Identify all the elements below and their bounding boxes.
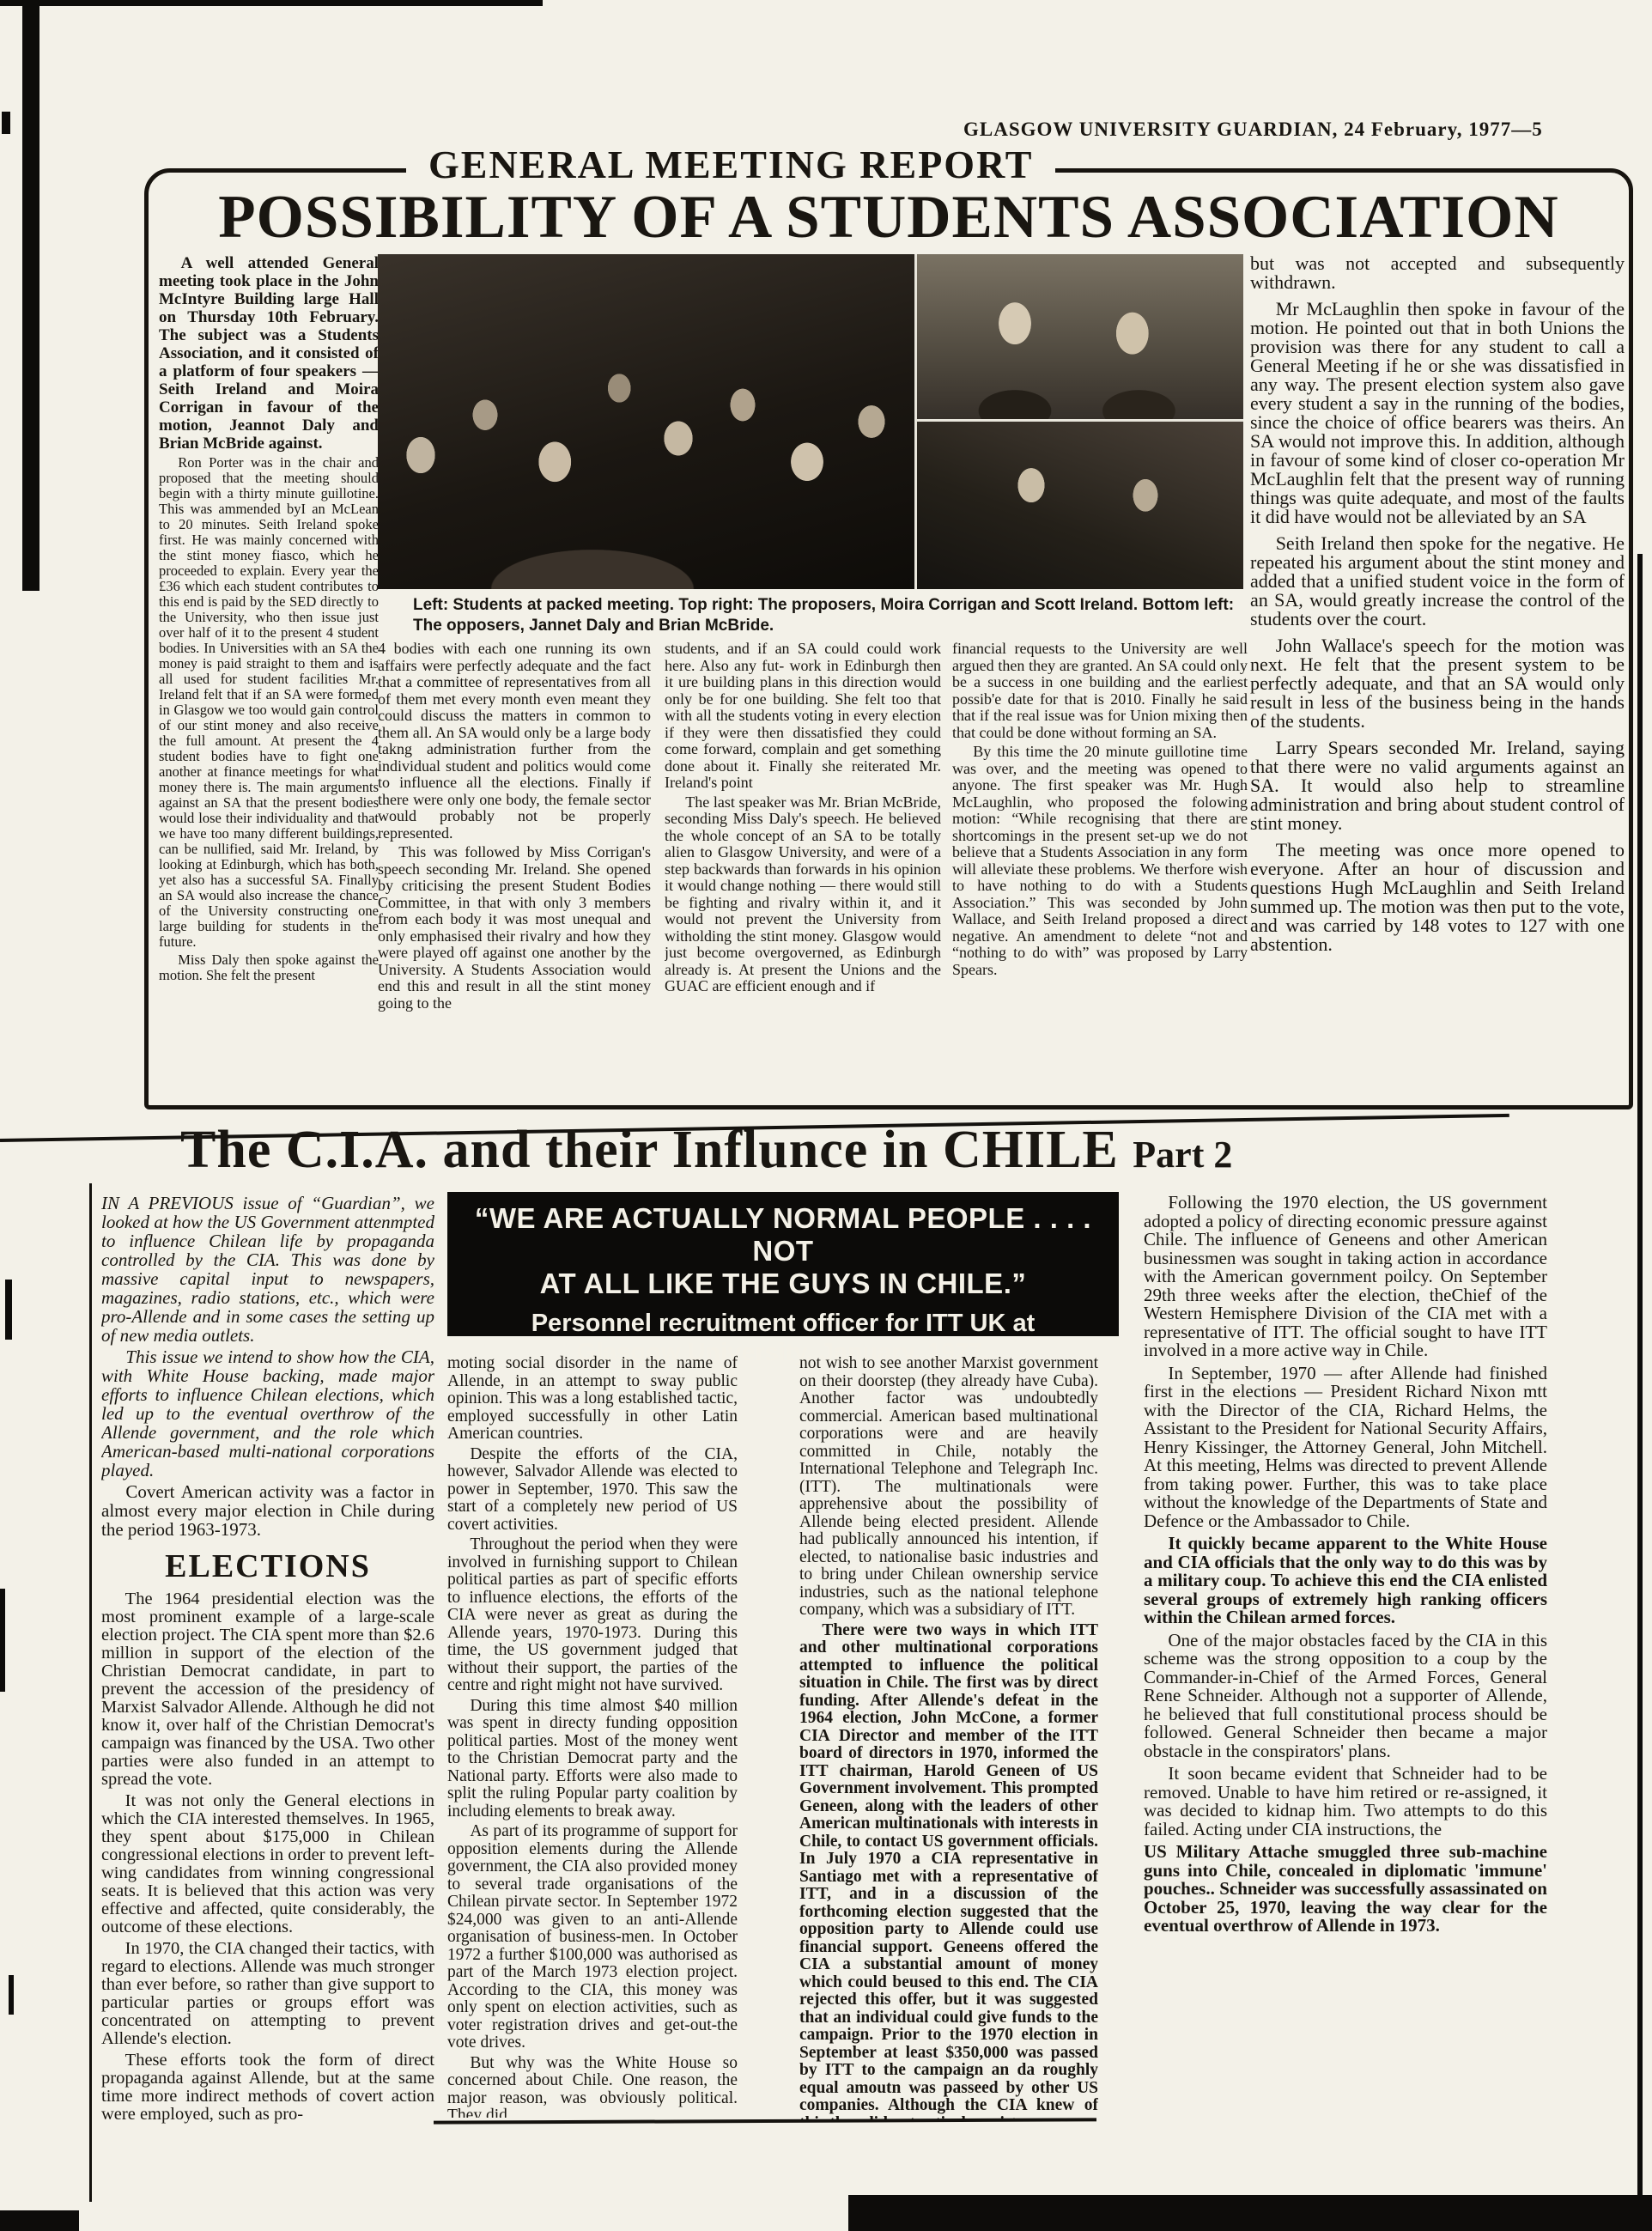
article2-left-rule: [89, 1183, 92, 2202]
scan-edge-right-line: [1637, 554, 1643, 2231]
article2-headline-text: The C.I.A. and their Influnce in CHILE: [180, 1121, 1119, 1179]
paragraph: Despite the efforts of the CIA, however,…: [447, 1446, 738, 1535]
paragraph: not wish to see another Marxist governme…: [799, 1355, 1098, 1620]
article2-end-rule: [434, 2118, 1096, 2124]
paragraph: These efforts took the form of direct pr…: [101, 2052, 434, 2124]
paragraph: One of the major obstacles faced by the …: [1144, 1632, 1547, 1761]
paragraph: A well attended General meeting took pla…: [159, 254, 379, 453]
pull-quote-gap: [447, 1300, 1119, 1309]
paragraph: The meeting was once more opened to ever…: [1250, 841, 1625, 954]
paragraph: Throughout the period when they were inv…: [447, 1536, 738, 1695]
article1-column-1: A well attended General meeting took pla…: [159, 254, 379, 1104]
scan-mark: [0, 1589, 5, 1692]
paragraph: During this time almost $40 million was …: [447, 1698, 738, 1821]
article1-column-5: but was not accepted and subsequently wi…: [1250, 254, 1625, 1104]
photo-caption: Left: Students at packed meeting. Top ri…: [413, 595, 1244, 636]
pull-quote-attribution-1: Personnel recruitment officer for ITT UK…: [447, 1309, 1119, 1338]
article2-column-1-body: The 1964 presidential election was the m…: [101, 1590, 434, 2124]
paragraph: US Military Attache smuggled three sub-m…: [1144, 1843, 1547, 1936]
scan-edge-top: [0, 0, 543, 6]
article2-column-2: moting social disorder in the name of Al…: [447, 1355, 738, 2118]
pull-quote-line-1: “WE ARE ACTUALLY NORMAL PEOPLE . . . . N…: [447, 1202, 1119, 1267]
article-kicker: GENERAL MEETING REPORT: [406, 142, 1055, 187]
meeting-photo: [378, 254, 1243, 589]
photo-panel-opposers: [914, 422, 1243, 589]
newspaper-page: GLASGOW UNIVERSITY GUARDIAN, 24 February…: [0, 0, 1652, 2231]
paragraph: but was not accepted and subsequently wi…: [1250, 254, 1625, 292]
scan-mark: [5, 1280, 12, 1340]
photo-panel-proposers: [914, 254, 1243, 422]
article1-column-2: 4 bodies with each one running its own a…: [378, 641, 651, 1104]
paragraph: Seith Ireland then spoke for the negativ…: [1250, 534, 1625, 629]
article2-intro: IN A PREVIOUS issue of “Guardian”, we lo…: [101, 1194, 434, 1539]
paragraph: Miss Daly then spoke against the motion.…: [159, 952, 379, 983]
article1-column-4: financial requests to the University are…: [952, 641, 1248, 1104]
pull-quote-line-2: AT ALL LIKE THE GUYS IN CHILE.”: [447, 1267, 1119, 1300]
paragraph: Mr McLaughlin then spoke in favour of th…: [1250, 300, 1625, 526]
article-general-meeting: GENERAL MEETING REPORT POSSIBILITY OF A …: [144, 168, 1633, 1109]
paragraph: The last speaker was Mr. Brian McBride, …: [665, 794, 941, 995]
paragraph: Larry Spears seconded Mr. Ireland, sayin…: [1250, 739, 1625, 833]
article2-column-1: IN A PREVIOUS issue of “Guardian”, we lo…: [101, 1194, 434, 2198]
article1-column-3: students, and if an SA could could work …: [665, 641, 941, 1104]
scan-edge-left-strip: [22, 0, 39, 591]
paragraph: In September, 1970 — after Allende had f…: [1144, 1365, 1547, 1531]
paragraph: The 1964 presidential election was the m…: [101, 1590, 434, 1789]
paragraph: 4 bodies with each one running its own a…: [378, 641, 651, 842]
paragraph: IN A PREVIOUS issue of “Guardian”, we lo…: [101, 1194, 434, 1345]
article2-column-3: not wish to see another Marxist governme…: [799, 1355, 1098, 2121]
pull-quote: “WE ARE ACTUALLY NORMAL PEOPLE . . . . N…: [447, 1192, 1119, 1336]
paragraph: This was followed by Miss Corrigan's spe…: [378, 844, 651, 1012]
scan-edge-bottom-left: [0, 2210, 79, 2231]
paragraph: John Wallace's speech for the motion was…: [1250, 636, 1625, 731]
scan-mark: [2, 112, 10, 134]
article2-part-label: Part 2: [1133, 1134, 1232, 1176]
paragraph: It was not only the General elections in…: [101, 1792, 434, 1936]
scan-edge-bottom-bar: [848, 2195, 1652, 2231]
paragraph: As part of its programme of support for …: [447, 1823, 738, 2052]
paragraph: Covert American activity was a factor in…: [101, 1482, 434, 1539]
paragraph: In 1970, the CIA changed their tactics, …: [101, 1940, 434, 2048]
paragraph: students, and if an SA could could work …: [665, 641, 941, 792]
article2-subhead: ELECTIONS: [101, 1547, 434, 1585]
article2-headline: The C.I.A. and their Influnce in CHILE P…: [180, 1120, 1232, 1181]
article-headline: POSSIBILITY OF A STUDENTS ASSOCIATION: [149, 183, 1629, 252]
masthead: GLASGOW UNIVERSITY GUARDIAN, 24 February…: [963, 119, 1543, 141]
photo-panel-crowd: [378, 254, 914, 589]
paragraph: It quickly became apparent to the White …: [1144, 1535, 1547, 1627]
paragraph: It soon became evident that Schneider ha…: [1144, 1765, 1547, 1839]
paragraph: financial requests to the University are…: [952, 641, 1248, 741]
paragraph: By this time the 20 minute guillotine ti…: [952, 744, 1248, 978]
paragraph: This issue we intend to show how the CIA…: [101, 1347, 434, 1480]
paragraph: Following the 1970 election, the US gove…: [1144, 1194, 1547, 1360]
scan-mark: [9, 1975, 14, 2015]
article2-column-4: Following the 1970 election, the US gove…: [1144, 1194, 1547, 2179]
paragraph: But why was the White House so concerned…: [447, 2055, 738, 2119]
paragraph: Ron Porter was in the chair and proposed…: [159, 455, 379, 950]
paragraph: There were two ways in which ITT and oth…: [799, 1622, 1098, 2122]
paragraph: moting social disorder in the name of Al…: [447, 1355, 738, 1444]
